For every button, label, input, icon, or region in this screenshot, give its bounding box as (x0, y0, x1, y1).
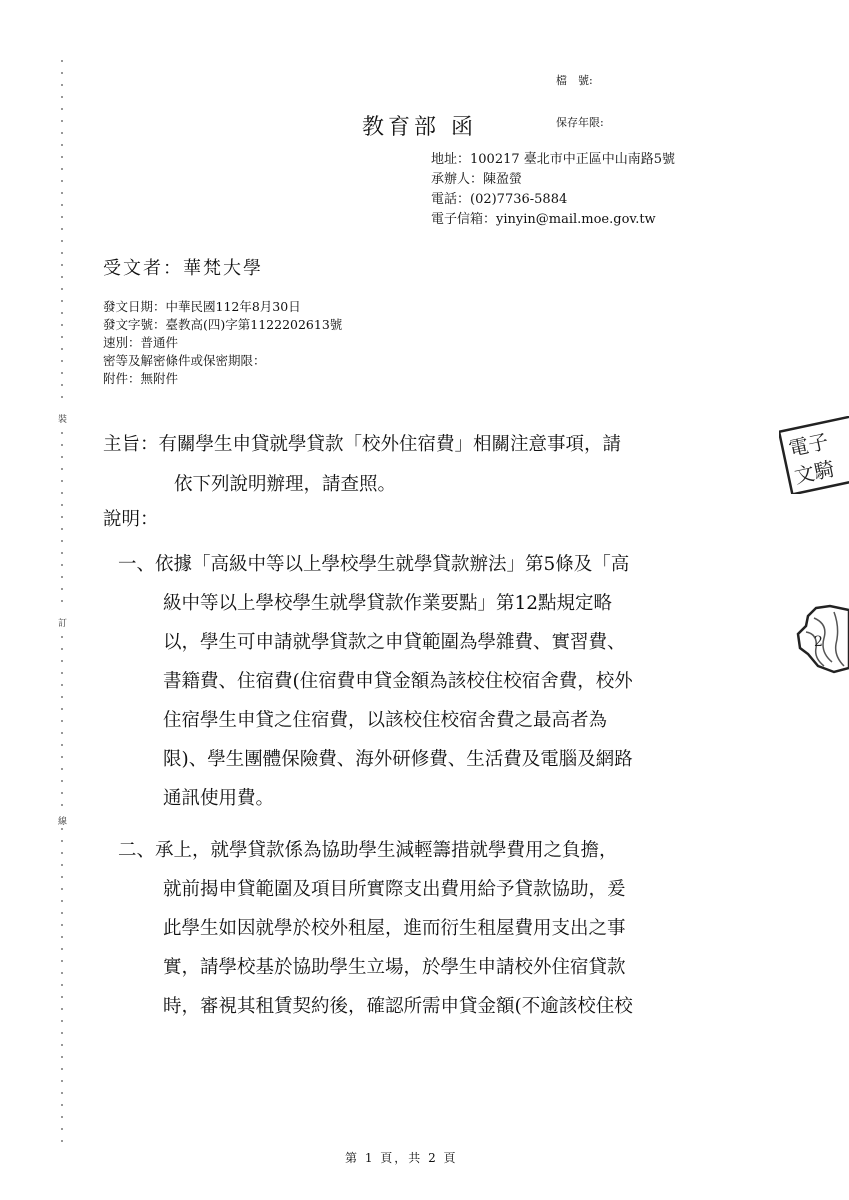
binding-dot (61, 1008, 63, 1010)
subject-line-1: 主旨：有關學生申貸就學貸款「校外住宿費」相關注意事項，請 (103, 425, 753, 465)
binding-dot (61, 120, 63, 122)
binding-dot (61, 348, 63, 350)
binding-dot (61, 264, 63, 266)
binding-dot (61, 756, 63, 758)
binding-dot (61, 1032, 63, 1034)
page-footer: 第 1 頁，共 2 頁 (345, 1149, 458, 1166)
binding-dot (61, 996, 63, 998)
binding-dot (61, 336, 63, 338)
binding-dot (61, 984, 63, 986)
binding-dot (61, 972, 63, 974)
binding-dot (61, 744, 63, 746)
document-number: 發文字號：臺教高(四)字第1122202613號 (103, 316, 342, 334)
binding-dot (61, 156, 63, 158)
binding-dot (61, 600, 63, 602)
delivery-speed: 速別：普通件 (103, 334, 342, 352)
binding-dot (61, 684, 63, 686)
binding-dot (61, 372, 63, 374)
binding-dot (61, 504, 63, 506)
binding-dot (61, 552, 63, 554)
binding-dot (61, 888, 63, 890)
binding-dot (61, 324, 63, 326)
binding-dot (61, 876, 63, 878)
item-line: 時，審視其租賃契約後，確認所需申貸金額(不逾該校住校 (118, 987, 758, 1026)
binding-dot (61, 864, 63, 866)
binding-dot (61, 396, 63, 398)
recipient: 受文者：華梵大學 (103, 254, 263, 280)
item-line: 以，學生可申請就學貸款之申貸範圍為學雜費、實習費、 (118, 623, 758, 662)
binding-dot (61, 456, 63, 458)
binding-dot (61, 480, 63, 482)
binding-dot (61, 432, 63, 434)
binding-margin: 裝訂線 (58, 60, 68, 1150)
binding-dot (61, 108, 63, 110)
binding-dot (61, 936, 63, 938)
binding-dot (61, 912, 63, 914)
item-line: 實，請學校基於協助學生立場，於學生申請校外住宿貸款 (118, 948, 758, 987)
binding-dot (61, 1080, 63, 1082)
binding-dot (61, 1104, 63, 1106)
item-line: 住宿學生申貸之住宿費，以該校住校宿舍費之最高者為 (118, 701, 758, 740)
binding-dot (61, 168, 63, 170)
seal-stamp: 2 (788, 604, 849, 674)
binding-dot (61, 1128, 63, 1130)
document-title: 教育部 函 (362, 110, 477, 141)
binding-dot (61, 792, 63, 794)
handler: 承辦人：陳盈螢 (431, 170, 675, 190)
binding-dot (61, 1092, 63, 1094)
binding-dot (61, 1044, 63, 1046)
explanation-items: 一、依據「高級中等以上學校學生就學貸款辦法」第5條及「高 級中等以上學校學生就學… (118, 545, 758, 1026)
binding-dot (61, 384, 63, 386)
item-line: 此學生如因就學於校外租屋，進而衍生租屋費用支出之事 (118, 909, 758, 948)
binding-dot (61, 444, 63, 446)
subject-line-2: 依下列說明辦理，請查照。 (103, 465, 753, 505)
binding-dot (61, 60, 63, 62)
document-meta: 發文日期：中華民國112年8月30日 發文字號：臺教高(四)字第11222026… (103, 298, 342, 388)
binding-dot (61, 1116, 63, 1118)
binding-dot (61, 96, 63, 98)
svg-text:電子: 電子 (786, 429, 830, 461)
contact-block: 地址：100217 臺北市中正區中山南路5號 承辦人：陳盈螢 電話：(02)77… (431, 150, 675, 230)
binding-dot (61, 468, 63, 470)
binding-dot (61, 720, 63, 722)
binding-dot (61, 1020, 63, 1022)
item-line: 就前揭申貸範圍及項目所實際支出費用給予貸款協助，爰 (118, 870, 758, 909)
phone: 電話：(02)7736-5884 (431, 190, 675, 210)
binding-dot (61, 1056, 63, 1058)
subject-section: 主旨：有關學生申貸就學貸款「校外住宿費」相關注意事項，請 依下列說明辦理，請查照… (103, 425, 753, 505)
item-line: 限)、學生團體保險費、海外研修費、生活費及電腦及網路 (118, 740, 758, 779)
binding-dot (61, 204, 63, 206)
binding-marker: 線 (58, 814, 67, 827)
binding-dot (61, 576, 63, 578)
binding-marker: 裝 (58, 412, 67, 425)
item-line: 級中等以上學校學生就學貸款作業要點」第12點規定略 (118, 584, 758, 623)
binding-marker: 訂 (58, 616, 67, 629)
item-line: 書籍費、住宿費(住宿費申貸金額為該校住校宿舍費，校外 (118, 662, 758, 701)
binding-dot (61, 1068, 63, 1070)
explanation-label: 說明： (103, 505, 159, 531)
binding-dot (61, 900, 63, 902)
binding-dot (61, 540, 63, 542)
binding-dot (61, 216, 63, 218)
binding-dot (61, 768, 63, 770)
binding-dot (61, 180, 63, 182)
item-line: 二、承上，就學貸款係為協助學生減輕籌措就學費用之負擔， (118, 831, 758, 870)
binding-dot (61, 564, 63, 566)
binding-dot (61, 516, 63, 518)
binding-dot (61, 228, 63, 230)
binding-dot (61, 588, 63, 590)
binding-dot (61, 672, 63, 674)
binding-dot (61, 1140, 63, 1142)
binding-dot (61, 696, 63, 698)
explanation-item-1: 一、依據「高級中等以上學校學生就學貸款辦法」第5條及「高 級中等以上學校學生就學… (118, 545, 758, 818)
binding-dot (61, 780, 63, 782)
binding-dot (61, 240, 63, 242)
email: 電子信箱：yinyin@mail.moe.gov.tw (431, 210, 675, 230)
binding-dot (61, 192, 63, 194)
binding-dot (61, 840, 63, 842)
retention-period-label: 保存年限: (556, 116, 604, 130)
archive-info: 檔 號: 保存年限: (556, 46, 604, 144)
attachment: 附件：無附件 (103, 370, 342, 388)
binding-dot (61, 132, 63, 134)
issue-date: 發文日期：中華民國112年8月30日 (103, 298, 342, 316)
binding-dot (61, 144, 63, 146)
binding-dot (61, 660, 63, 662)
binding-dot (61, 300, 63, 302)
binding-dot (61, 276, 63, 278)
binding-dot (61, 492, 63, 494)
binding-dot (61, 708, 63, 710)
binding-dot (61, 72, 63, 74)
binding-dot (61, 252, 63, 254)
binding-dot (61, 360, 63, 362)
binding-dot (61, 288, 63, 290)
binding-dot (61, 852, 63, 854)
address: 地址：100217 臺北市中正區中山南路5號 (431, 150, 675, 170)
secrecy-level: 密等及解密條件或保密期限： (103, 352, 342, 370)
item-line: 一、依據「高級中等以上學校學生就學貸款辦法」第5條及「高 (118, 545, 758, 584)
file-number-label: 檔 號: (556, 74, 604, 88)
explanation-item-2: 二、承上，就學貸款係為協助學生減輕籌措就學費用之負擔， 就前揭申貸範圍及項目所實… (118, 831, 758, 1026)
binding-dot (61, 828, 63, 830)
item-line: 通訊使用費。 (118, 779, 758, 818)
binding-dot (61, 732, 63, 734)
binding-dot (61, 84, 63, 86)
e-document-stamp: 電子 文騎 (779, 416, 849, 494)
seal-number: 2 (814, 634, 823, 650)
binding-dot (61, 636, 63, 638)
svg-text:文騎: 文騎 (792, 456, 836, 488)
binding-dot (61, 804, 63, 806)
binding-dot (61, 528, 63, 530)
binding-dot (61, 312, 63, 314)
binding-dot (61, 648, 63, 650)
binding-dot (61, 960, 63, 962)
binding-dot (61, 924, 63, 926)
binding-dot (61, 948, 63, 950)
